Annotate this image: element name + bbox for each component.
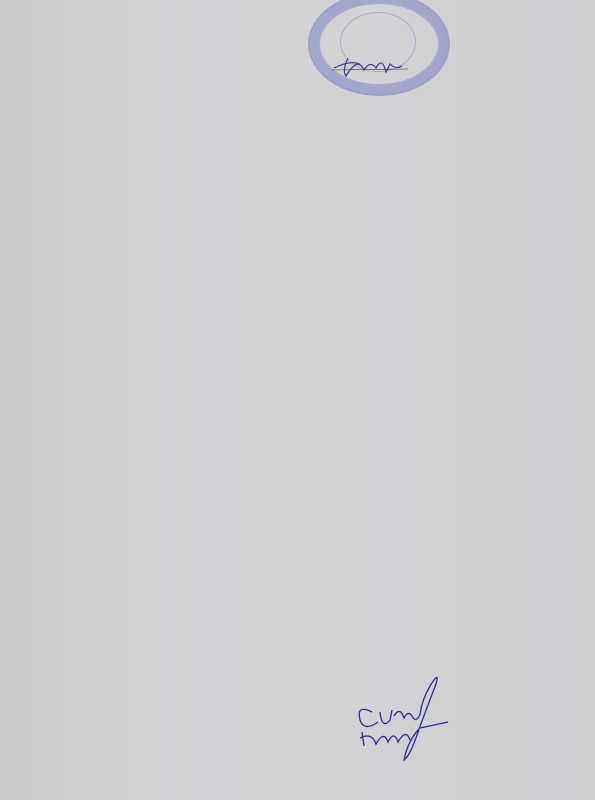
menu-table-grid — [0, 0, 595, 800]
handwritten-signatures — [350, 670, 450, 765]
